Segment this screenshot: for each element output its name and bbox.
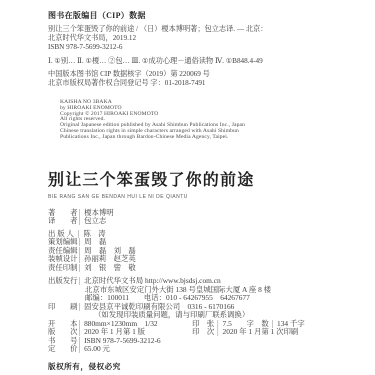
credit-row-translator: 译 者|包立志 (48, 217, 347, 226)
credits-block: 著 者|榎本博明 译 者|包立志 出 版 人|陈 涛 策划编辑|周 磊 责任编辑… (48, 209, 347, 354)
separator: | (271, 319, 277, 328)
separator: | (78, 302, 84, 311)
cip-record-line: 北京时代华文书局，2019.12 (48, 34, 347, 43)
credit-label: 定 价 (48, 345, 78, 354)
price-value: 65.00 元 (84, 344, 110, 353)
book-title: 别让三个笨蛋毁了你的前途 (48, 171, 347, 191)
credit-label: 责任印制 (48, 264, 78, 273)
english-copyright-line: Publications Inc., Japan through Bardon-… (60, 135, 347, 141)
colophon-page: 图书在版编目（CIP）数据 别让三个笨蛋毁了你的前途 / （日）榎本博明著；包立… (0, 0, 375, 375)
cip-heading: 图书在版编目（CIP）数据 (48, 11, 347, 20)
cip-registry-block: 中国版本图书馆 CIP 数据核字（2019）第 220069 号 北京市版权局著… (48, 70, 347, 88)
credit-value: 包立志 (84, 216, 106, 225)
credit-label: 印 刷 (48, 303, 78, 312)
book-title-pinyin: BIE RANG SAN GE BENDAN HUI LE NI DE QIAN… (48, 194, 347, 200)
separator: | (78, 263, 84, 272)
copyright-footer-notice: 版权所有，侵权必究 (48, 361, 347, 372)
credit-value: 刘 银 訾 敬 (84, 263, 136, 272)
separator: | (78, 217, 84, 226)
separator: | (216, 328, 222, 337)
cip-record-line: ISBN 978-7-5699-3212-6 (48, 43, 347, 52)
credit-row-print-supervisor: 责任印制|刘 银 訾 敬 (48, 264, 347, 273)
cip-number: 中国版本图书馆 CIP 数据核字（2019）第 220069 号 (48, 70, 347, 79)
impression-value: 2020 年 1 月第 1 次印刷 (223, 327, 299, 336)
credit-label: 译 者 (48, 217, 78, 226)
copyright-registration: 北京市版权局著作权合同登记号 字：01-2018-7491 (48, 79, 347, 88)
cip-record-line: 别让三个笨蛋毁了你的前途 / （日）榎本博明著；包立志译. — 北京： (48, 25, 347, 34)
separator: | (78, 277, 84, 286)
cip-record-block: 别让三个笨蛋毁了你的前途 / （日）榎本博明著；包立志译. — 北京： 北京时代… (48, 25, 347, 53)
separator: | (78, 345, 84, 354)
credit-label: 印 次 (192, 328, 216, 337)
credit-label: 出版发行 (48, 277, 78, 286)
english-copyright-block: KAISHA NO 3BAKA by HIROAKI ENOMOTO Copyr… (60, 100, 347, 141)
cip-classification: Ⅰ. ①别… Ⅱ. ①榎… ②包… Ⅲ. ①成功心理－通俗读物 Ⅳ. ①B848… (48, 57, 347, 66)
publisher-name-url: 北京时代华文书局 http://www.bjsdsj.com.cn (84, 276, 221, 285)
credit-row-price: 定 价|65.00 元 (48, 345, 347, 354)
